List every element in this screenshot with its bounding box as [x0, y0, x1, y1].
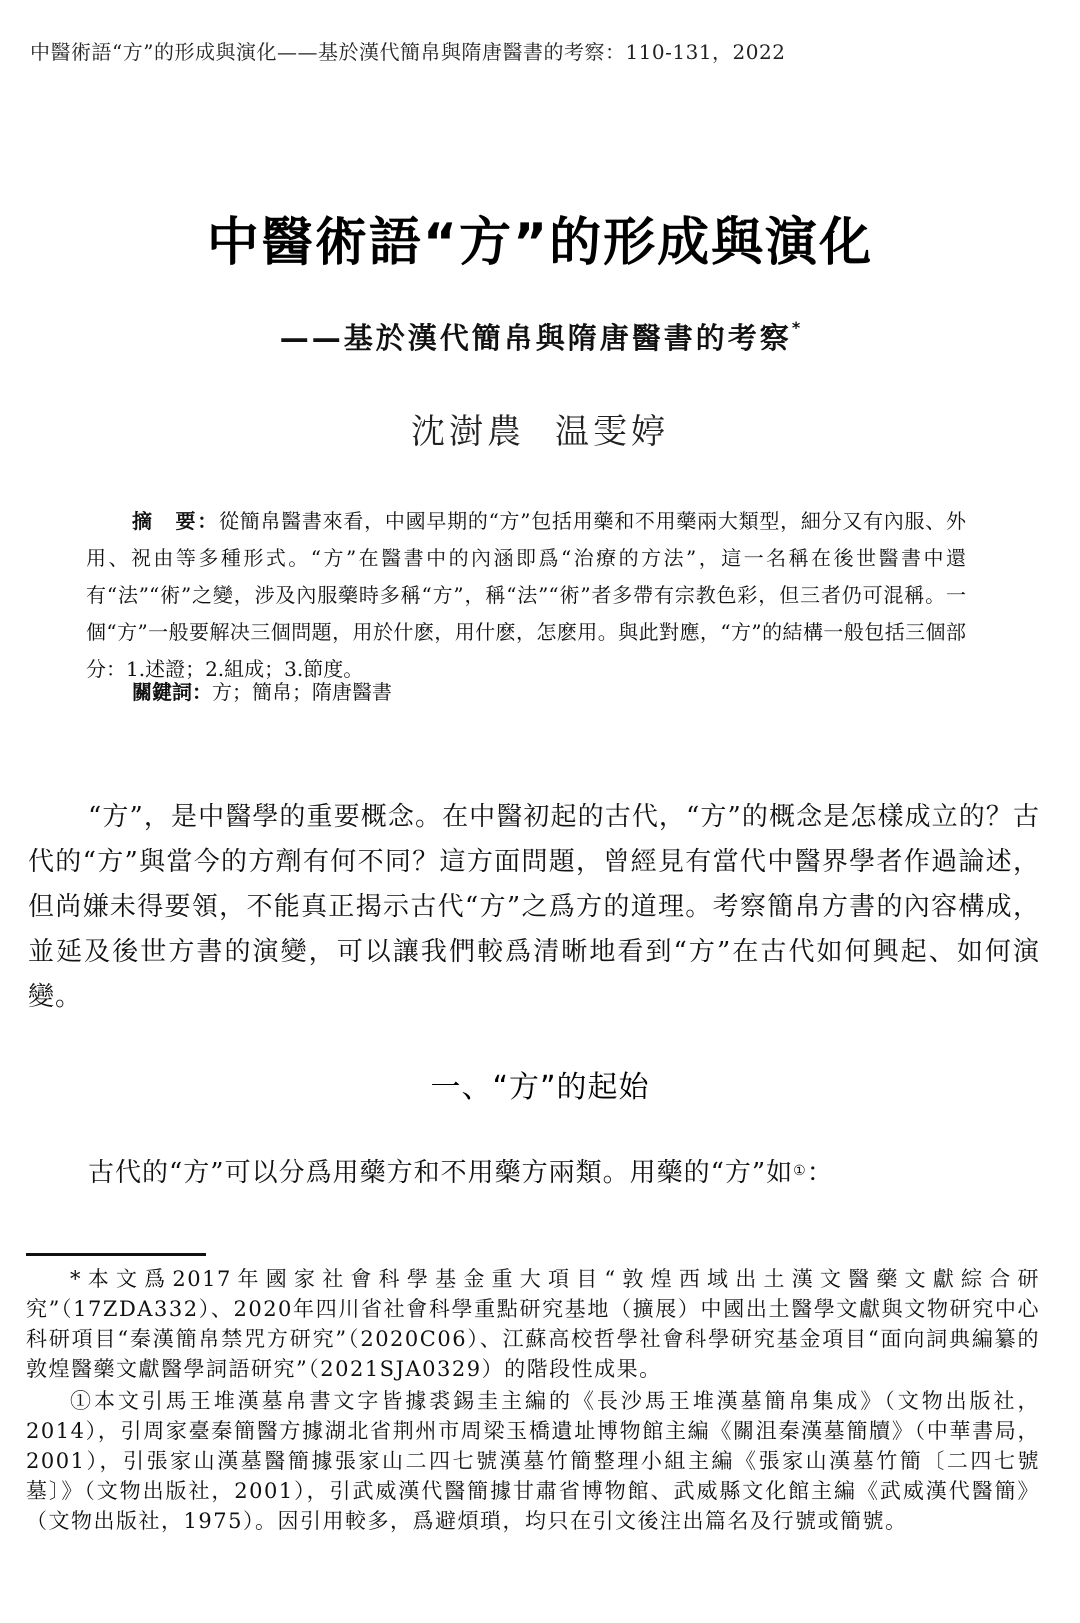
- section-heading-text: 一、“方”的起始: [430, 1070, 649, 1105]
- author-list: 沈澍農温雯婷: [0, 404, 1080, 453]
- section-1-paragraph: 古代的“方”可以分爲用藥方和不用藥方兩類。用藥的“方”如①：: [88, 1155, 834, 1191]
- article-subtitle: ——基於漢代簡帛與隋唐醫書的考察*: [0, 316, 1080, 357]
- section-1-paragraph-end: ：: [807, 1158, 834, 1188]
- intro-paragraph: “方”，是中醫學的重要概念。在中醫初起的古代，“方”的概念是怎樣成立的？古代的“…: [28, 795, 1040, 1020]
- abstract-label: 摘 要：: [132, 509, 219, 533]
- intro-paragraph-text: “方”，是中醫學的重要概念。在中醫初起的古代，“方”的概念是怎樣成立的？古代的“…: [28, 802, 1040, 1012]
- abstract-text: 從簡帛醫書來看，中國早期的“方”包括用藥和不用藥兩大類型，細分又有內服、外用、祝…: [86, 509, 966, 681]
- section-1-paragraph-text: 古代的“方”可以分爲用藥方和不用藥方兩類。用藥的“方”如: [88, 1158, 793, 1188]
- abstract-body: 摘 要：從簡帛醫書來看，中國早期的“方”包括用藥和不用藥兩大類型，細分又有內服、…: [86, 503, 966, 688]
- footnote-marker: ①: [70, 1389, 94, 1413]
- section-heading: 一、“方”的起始: [0, 1062, 1080, 1106]
- footnote-item: ①本文引馬王堆漢墓帛書文字皆據裘錫圭主編的《長沙馬王堆漢墓簡帛集成》（文物出版社…: [26, 1386, 1040, 1536]
- article-title-text: 中醫術語“方”的形成與演化: [207, 213, 873, 273]
- subtitle-text: ——基於漢代簡帛與隋唐醫書的考察: [280, 321, 792, 355]
- keywords-label: 關鍵詞：: [132, 680, 212, 704]
- author-name: 沈澍農: [411, 412, 525, 452]
- footnote-text: 本文爲2017年國家社會科學基金重大項目“敦煌西域出土漢文醫藥文獻綜合研究”（1…: [26, 1267, 1040, 1381]
- keywords-text: 方；簡帛；隋唐醫書: [212, 680, 392, 704]
- footnotes: *本文爲2017年國家社會科學基金重大項目“敦煌西域出土漢文醫藥文獻綜合研究”（…: [26, 1264, 1040, 1536]
- running-header: 中醫術語“方”的形成與演化——基於漢代簡帛與隋唐醫書的考察：110-131，20…: [30, 36, 785, 65]
- author-name: 温雯婷: [555, 412, 669, 452]
- keywords: 關鍵詞：方；簡帛；隋唐醫書: [132, 677, 392, 707]
- footnote-divider: [26, 1253, 206, 1256]
- subtitle-footnote-marker: *: [792, 318, 800, 337]
- footnote-reference[interactable]: ①: [793, 1163, 807, 1179]
- footnote-marker: *: [70, 1267, 82, 1291]
- article-title: 中醫術語“方”的形成與演化: [0, 200, 1080, 275]
- footnote-text: 本文引馬王堆漢墓帛書文字皆據裘錫圭主編的《長沙馬王堆漢墓簡帛集成》（文物出版社，…: [26, 1389, 1040, 1533]
- footnote-item: *本文爲2017年國家社會科學基金重大項目“敦煌西域出土漢文醫藥文獻綜合研究”（…: [26, 1264, 1040, 1384]
